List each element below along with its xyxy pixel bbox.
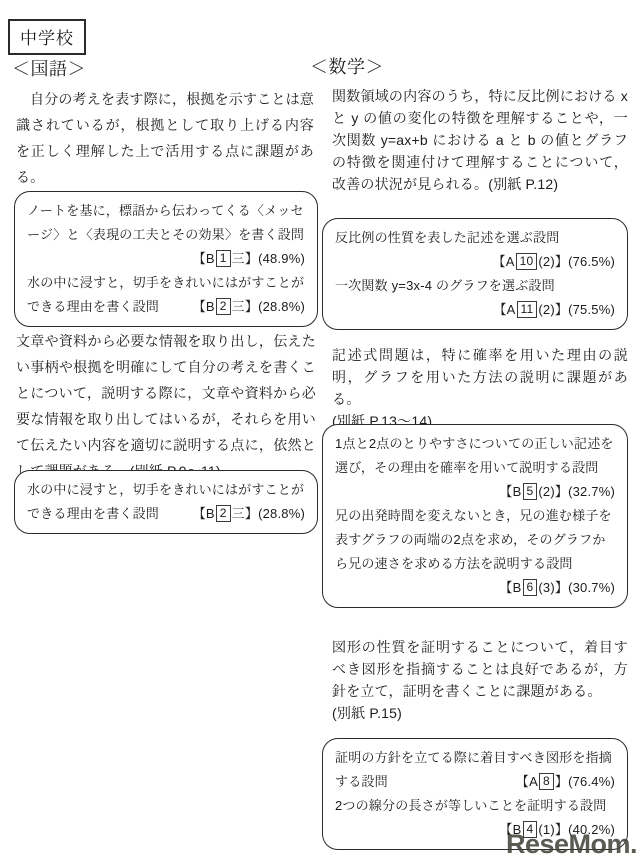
school-level-badge: 中学校 [8, 19, 86, 55]
question-number-box: 6 [523, 579, 538, 596]
question-number-box: 8 [539, 773, 554, 790]
question-number-box: 2 [216, 505, 231, 522]
sugaku-question-box-1: 反比例の性質を表した記述を選ぶ設問 【A10(2)】(76.5%) 一次関数 y… [322, 218, 628, 330]
question-label: 【A8】(76.4%) [516, 770, 615, 794]
correct-rate: (28.8%) [258, 299, 305, 314]
correct-rate: (76.4%) [568, 774, 615, 789]
question-number-box: 11 [517, 301, 538, 318]
sugaku-paragraph-1: 関数領域の内容のうち，特に反比例における x と y の値の変化の特徴を理解する… [332, 85, 628, 195]
kokugo-question-box-1: ノートを基に，標語から伝わってくる〈メッセージ〉と〈表現の工夫とその効果〉を書く… [14, 191, 318, 327]
question-text: 兄の出発時間を変えないとき，兄の進む様子を表すグラフの両端の2点を求め，そのグラ… [335, 508, 612, 571]
question-text: 反比例の性質を表した記述を選ぶ設問 [335, 230, 559, 245]
kokugo-question-box-2: 水の中に浸すと，切手をきれいにはがすことができる理由を書く設問 【B2三】(28… [14, 470, 318, 534]
correct-rate: (28.8%) [258, 506, 305, 521]
sugaku-paragraph-3-reference: (別紙 P.15) [332, 702, 628, 724]
correct-rate: (32.7%) [568, 484, 615, 499]
question-label: 【B6(3)】(30.7%) [499, 576, 615, 600]
sugaku-paragraph-2-text: 記述式問題は，特に確率を用いた理由の説明，グラフを用いた方法の説明に課題がある。 [332, 347, 628, 407]
question-label: 【B2三】(28.8%) [193, 295, 305, 319]
correct-rate: (76.5%) [568, 254, 615, 269]
resemom-watermark-logo: ReseMom. [506, 829, 637, 860]
correct-rate: (30.7%) [568, 580, 615, 595]
sugaku-paragraph-1-reference: (別紙 P.12) [488, 176, 558, 192]
question-label: 【B5(2)】(32.7%) [499, 480, 615, 504]
kokugo-paragraph-2-text: 文章や資料から必要な情報を取り出し，伝えたい事柄や根拠を明確にして自分の考えを書… [16, 333, 316, 479]
question-item: 兄の出発時間を変えないとき，兄の進む様子を表すグラフの両端の2点を求め，そのグラ… [335, 504, 615, 600]
question-number-box: 2 [216, 298, 231, 315]
question-number-box: 10 [516, 253, 538, 270]
question-text: 1点と2点のとりやすさについての正しい記述を選び，その理由を確率を用いて説明する… [335, 436, 614, 475]
correct-rate: (48.9%) [258, 251, 305, 266]
question-label: 【B2三】(28.8%) [193, 502, 305, 526]
kokugo-heading: ＜国語＞ [12, 55, 86, 81]
question-number-box: 1 [216, 250, 231, 267]
question-item: 1点と2点のとりやすさについての正しい記述を選び，その理由を確率を用いて説明する… [335, 432, 615, 504]
question-text: 2つの線分の長さが等しいことを証明する設問 [335, 798, 606, 813]
question-item: 一次関数 y=3x-4 のグラフを選ぶ設問 【A11(2)】(75.5%) [335, 274, 615, 322]
sugaku-question-box-2: 1点と2点のとりやすさについての正しい記述を選び，その理由を確率を用いて説明する… [322, 424, 628, 608]
kokugo-paragraph-1-text: 自分の考えを表す際に，根拠を示すことは意識されているが，根拠として取り上げる内容… [16, 86, 314, 190]
question-item: 水の中に浸すと，切手をきれいにはがすことができる理由を書く設問 【B2三】(28… [27, 478, 305, 526]
question-item: ノートを基に，標語から伝わってくる〈メッセージ〉と〈表現の工夫とその効果〉を書く… [27, 199, 305, 271]
question-text: ノートを基に，標語から伝わってくる〈メッセージ〉と〈表現の工夫とその効果〉を書く… [27, 203, 304, 242]
sugaku-paragraph-1-text: 関数領域の内容のうち，特に反比例における x と y の値の変化の特徴を理解する… [332, 88, 628, 192]
sugaku-paragraph-2: 記述式問題は，特に確率を用いた理由の説明，グラフを用いた方法の説明に課題がある。… [332, 344, 628, 432]
sugaku-paragraph-3-text: 図形の性質を証明することについて，着目すべき図形を指摘することは良好であるが，方… [332, 639, 628, 699]
question-label: 【B1三】(48.9%) [193, 247, 305, 271]
question-item: 反比例の性質を表した記述を選ぶ設問 【A10(2)】(76.5%) [335, 226, 615, 274]
sugaku-paragraph-3: 図形の性質を証明することについて，着目すべき図形を指摘することは良好であるが，方… [332, 636, 628, 724]
question-label: 【A10(2)】(76.5%) [493, 250, 615, 274]
correct-rate: (75.5%) [568, 302, 615, 317]
question-text: 一次関数 y=3x-4 のグラフを選ぶ設問 [335, 278, 555, 293]
question-label: 【A11(2)】(75.5%) [493, 298, 615, 322]
question-item: 水の中に浸すと，切手をきれいにはがすことができる理由を書く設問 【B2三】(28… [27, 271, 305, 319]
document-page: 中学校 ＜国語＞ 自分の考えを表す際に，根拠を示すことは意識されているが，根拠と… [0, 0, 640, 860]
question-number-box: 5 [523, 483, 538, 500]
kokugo-paragraph-2: 文章や資料から必要な情報を取り出し，伝えたい事柄や根拠を明確にして自分の考えを書… [16, 328, 316, 484]
question-item: 証明の方針を立てる際に着目すべき図形を指摘する設問 【A8】(76.4%) [335, 746, 615, 794]
sugaku-heading: ＜数学＞ [310, 53, 384, 79]
